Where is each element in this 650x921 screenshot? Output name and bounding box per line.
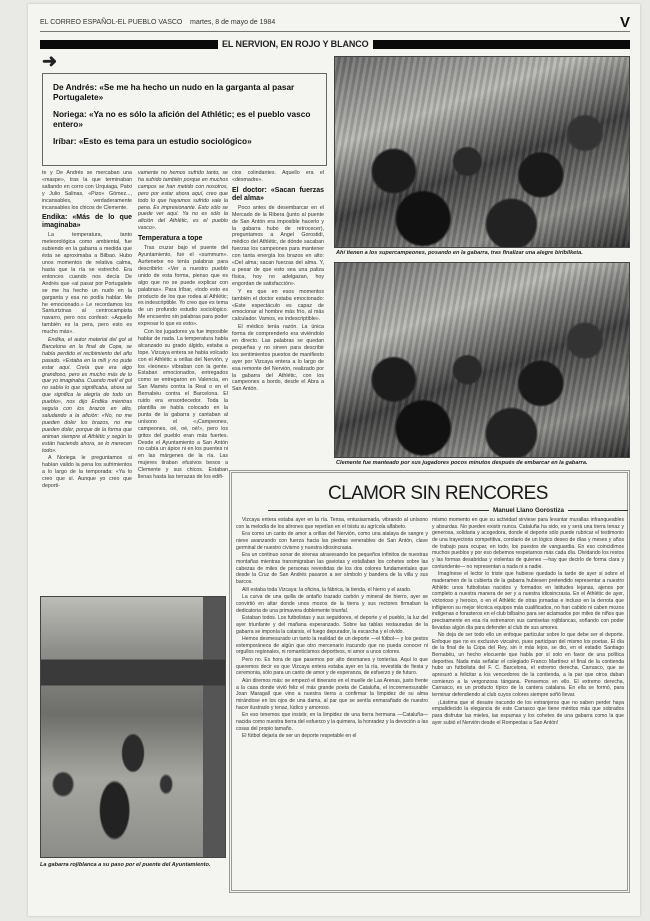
paragraph: Vizcaya entera estaba ayer en la ría. Te… [236, 517, 428, 530]
newspaper-page: EL CORREO ESPAÑOL-EL PUEBLO VASCO martes… [28, 4, 640, 916]
arrow-right-icon: ➜ [42, 53, 57, 69]
paragraph: Era un continuo sonar de sirenas atraves… [236, 552, 428, 585]
paragraph: Imagínese el lector lo triste que hubies… [432, 571, 624, 631]
pull-quote: Noriega: «Ya no es sólo la afición del A… [53, 109, 316, 129]
byline: Manuel Llano Gorostiza [493, 507, 564, 514]
photo-caption: La gabarra rojiblanca a su paso por el p… [40, 862, 226, 869]
paragraph: El médico tenía razón. La única forma de… [232, 324, 324, 393]
masthead: EL CORREO ESPAÑOL-EL PUEBLO VASCO martes… [40, 14, 630, 32]
paragraph: La temperatura, tanto meteorológica como… [42, 232, 132, 336]
pull-quotes-box: De Andrés: «Se me ha hecho un nudo en la… [42, 73, 327, 166]
paragraph: A Noriega le preguntamos si habían valid… [42, 455, 132, 490]
paragraph: La curva de una quilla de antaño trazado… [236, 594, 428, 614]
subheading: Endika: «Más de lo que imaginaba» [42, 214, 132, 230]
paragraph: cios colindantes. Aquello era el «desmad… [232, 170, 324, 184]
paragraph: No deja de ser todo ello un enfoque part… [432, 632, 624, 699]
paragraph: Hemos desmesurado un tanto la realidad d… [236, 636, 428, 656]
paragraph: Pero no. Es hora de que pasemos por alto… [236, 657, 428, 677]
opinion-column-right: mismo momento en que su actividad sirvie… [432, 517, 624, 889]
opinion-column-left: Vizcaya entera estaba ayer en la ría. Te… [236, 517, 428, 889]
article-column-3: cios colindantes. Aquello era el «desmad… [232, 170, 324, 466]
paragraph: Aún diremos más: se empezó el itinerario… [236, 678, 428, 711]
banner-bar-left [40, 40, 218, 49]
paragraph: mismo momento en que su actividad sirvie… [432, 517, 624, 570]
pull-quote: De Andrés: «Se me ha hecho un nudo en la… [53, 82, 316, 102]
photo-barge-under-bridge [40, 596, 226, 858]
section-banner: EL NERVION, EN ROJO Y BLANCO [40, 39, 630, 49]
paragraph: Con los jugadores ya fue imposible habla… [138, 329, 228, 481]
section-letter: V [620, 14, 630, 31]
paragraph: Endika, el autor material del gol al Bar… [42, 337, 132, 454]
photo-caption: Clemente fue manteado por sus jugadores … [336, 460, 632, 467]
byline-row: Manuel Llano Gorostiza [268, 507, 628, 514]
paragraph: Poco antes de desembarcar en el Mercado … [232, 205, 324, 288]
banner-bar-right [373, 40, 630, 49]
paragraph: Allí estaba toda Vizcaya: la oficina, la… [236, 587, 428, 594]
paragraph: Tras cruzar bajo el puente del Ayuntamie… [138, 245, 228, 328]
pull-quote: Iríbar: «Esto es tema para un estudio so… [53, 136, 316, 146]
paragraph: vamente no hemos sufrido tanto, se ha su… [138, 170, 228, 232]
banner-title: EL NERVION, EN ROJO Y BLANCO [218, 39, 373, 49]
issue-date: martes, 8 de mayo de 1984 [190, 19, 620, 26]
paragraph: Era como un canto de amor a orillas del … [236, 531, 428, 551]
paper-name: EL CORREO ESPAÑOL-EL PUEBLO VASCO [40, 19, 190, 26]
photo-caption: Ahí tienen a los supercampeones, posando… [336, 250, 632, 257]
paragraph: te y De Andrés se mercaban una «maspe», … [42, 170, 132, 211]
paragraph: ¡Lástima que el desaire iracundo de los … [432, 700, 624, 727]
photo-clemente-tossed [334, 262, 630, 458]
article-column-1: te y De Andrés se mercaban una «maspe», … [42, 170, 132, 590]
photo-champions-on-barge [334, 56, 630, 248]
subheading: El doctor: «Sacan fuerzas del alma» [232, 187, 324, 203]
paragraph: Estaban todos. Los futbolistas y sus seg… [236, 615, 428, 635]
article-column-2: vamente no hemos sufrido tanto, se ha su… [138, 170, 228, 590]
paragraph: Y es que en esos momentos también el doc… [232, 289, 324, 324]
paragraph: En eso tenemos que insistir, en la limpi… [236, 712, 428, 732]
divider [268, 510, 489, 511]
paragraph: El fútbol dejaría de ser un deporte resp… [236, 733, 428, 740]
divider [568, 510, 628, 511]
subheading: Temperatura a tope [138, 235, 228, 243]
article-title: CLAMOR SIN RENCORES [328, 483, 548, 505]
